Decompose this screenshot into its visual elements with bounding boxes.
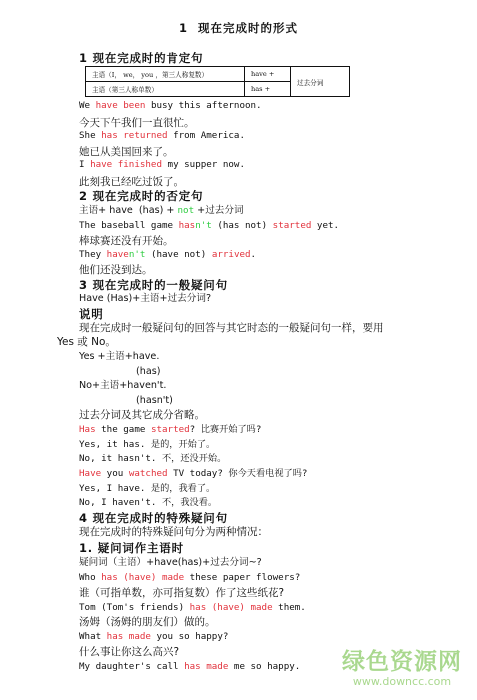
- section1-heading: 1 现在完成时的肯定句: [79, 50, 203, 66]
- example-line: No, I haven't. 不，我没看。: [79, 496, 217, 510]
- section4-intro: 现在完成时的特殊疑问句分为两种情况：: [79, 525, 268, 539]
- example-translation: 此刻我已经吃过饭了。: [79, 175, 184, 189]
- section4-heading: 4 现在完成时的特殊疑问句: [79, 510, 228, 526]
- watermark: 绿色资源网 www.downcc.com: [342, 649, 462, 689]
- watermark-url: www.downcc.com: [342, 675, 462, 689]
- watermark-brand: 绿色资源网: [342, 649, 462, 675]
- question-formula: Have (Has)+主语+过去分词?: [79, 292, 211, 306]
- example-line: We have been busy this afternoon.: [79, 99, 262, 113]
- example-line: They haven't (have not) arrived.: [79, 248, 256, 262]
- no-alt: (hasn't): [136, 394, 173, 408]
- title-number: 1: [179, 21, 188, 35]
- example-translation: 他们还没到达。: [79, 263, 153, 277]
- example-line: Has the game started? 比赛开始了吗?: [79, 423, 261, 437]
- example-line: Yes, I have. 是的，我看了。: [79, 482, 215, 496]
- note-text-cont: Yes 或 No。: [57, 335, 116, 349]
- title-text: 现在完成时的形式: [198, 21, 298, 35]
- example-line: Have you watched TV today? 你今天看电视了吗?: [79, 467, 307, 481]
- example-translation: 谁（可指单数，亦可指复数）作了这些纸花?: [79, 586, 284, 600]
- example-translation: 汤姆（汤姆的朋友们）做的。: [79, 615, 216, 629]
- yes-formula: Yes +主语+have.: [79, 350, 159, 364]
- example-line: My daughter's call has made me so happy.: [79, 660, 300, 674]
- example-translation: 什么事让你这么高兴?: [79, 645, 179, 659]
- example-translation: 棒球赛还没有开始。: [79, 234, 174, 248]
- table-subject-singular: 主语（第三人称单数）: [86, 82, 245, 97]
- page-title: 1现在完成时的形式: [0, 20, 477, 36]
- example-line: What has made you so happy?: [79, 630, 228, 644]
- yes-alt: (has): [136, 365, 160, 379]
- table-participle: 过去分词: [291, 67, 350, 97]
- example-translation: 她已从美国回来了。: [79, 145, 174, 159]
- section3-heading: 3 现在完成时的一般疑问句: [79, 277, 228, 293]
- note-text: 现在完成时一般疑问句的回答与其它时态的一般疑问句一样，要用: [79, 321, 384, 335]
- table-aux-have: have +: [245, 67, 291, 82]
- example-line: I have finished my supper now.: [79, 158, 245, 172]
- example-line: No, it hasn't. 不，还没开始。: [79, 452, 226, 466]
- example-line: Who has (have) made these paper flowers?: [79, 571, 300, 585]
- form-table: 主语（I， we， you ，第三人称复数） have + 过去分词 主语（第三…: [85, 66, 350, 97]
- table-aux-has: has +: [245, 82, 291, 97]
- example-translation: 今天下午我们一直很忙。: [79, 116, 195, 130]
- section2-heading: 2 现在完成时的否定句: [79, 188, 203, 204]
- table-subject-plural: 主语（I， we， you ，第三人称复数）: [86, 67, 245, 82]
- note-title: 说明: [79, 306, 104, 322]
- omit-note: 过去分词及其它成分省略。: [79, 408, 205, 422]
- example-line: The baseball game hasn't (has not) start…: [79, 219, 339, 233]
- example-line: She has returned from America.: [79, 129, 245, 143]
- subsection-heading: 1. 疑问词作主语时: [79, 540, 184, 556]
- example-line: Tom (Tom's friends) has (have) made them…: [79, 601, 306, 615]
- no-formula: No+主语+haven't.: [79, 379, 166, 393]
- example-line: Yes, it has. 是的，开始了。: [79, 438, 215, 452]
- wh-formula: 疑问词（主语）+have(has)+过去分词~?: [79, 556, 262, 570]
- negative-formula: 主语+ have (has) + not +过去分词: [79, 204, 244, 218]
